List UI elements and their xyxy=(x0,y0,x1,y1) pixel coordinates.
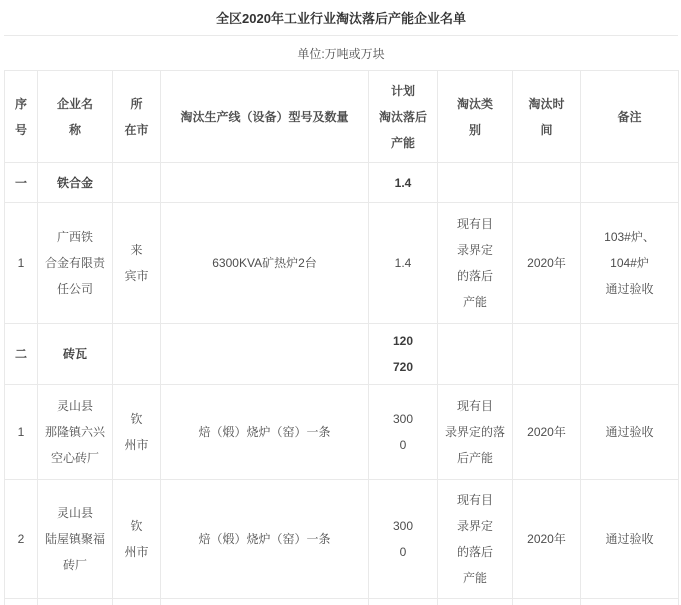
cell-planned-capacity: 1.4 xyxy=(369,163,438,203)
cell-planned-capacity: 300 0 xyxy=(369,385,438,480)
cell-empty xyxy=(438,599,513,605)
cell-seq: 1 xyxy=(5,203,38,324)
cell-equipment: 焙（煅）烧炉（窑）一条 xyxy=(161,385,369,480)
cell-equipment xyxy=(161,324,369,385)
table-row: 1 广西铁 合金有限责 任公司 来 宾市 6300KVA矿热炉2台 1.4 现有… xyxy=(5,203,679,324)
cell-empty xyxy=(161,599,369,605)
col-header-time: 淘汰时 间 xyxy=(513,71,581,163)
cell-time xyxy=(513,163,581,203)
col-header-category: 淘汰类 别 xyxy=(438,71,513,163)
cell-remark xyxy=(581,324,679,385)
cell-equipment: 6300KVA矿热炉2台 xyxy=(161,203,369,324)
table-row-section-brick: 二 砖瓦 120 720 xyxy=(5,324,679,385)
cell-category: 现有目 录界定 的落后 产能 xyxy=(438,203,513,324)
cell-remark: 103#炉、 104#炉 通过验收 xyxy=(581,203,679,324)
cell-seq: 二 xyxy=(5,324,38,385)
cell-seq: 一 xyxy=(5,163,38,203)
capacity-table-sheet: 全区2020年工业行业淘汰落后产能企业名单 单位:万吨或万块 序 号 企业名 称… xyxy=(4,0,678,605)
cell-empty xyxy=(581,599,679,605)
table-row: 1 灵山县 那隆镇六兴 空心砖厂 钦 州市 焙（煅）烧炉（窑）一条 300 0 … xyxy=(5,385,679,480)
cell-planned-capacity: 120 720 xyxy=(369,324,438,385)
cell-empty xyxy=(5,599,38,605)
cell-enterprise-name: 灵山县 那隆镇六兴 空心砖厂 xyxy=(38,385,113,480)
table-row-section-ferroalloy: 一 铁合金 1.4 xyxy=(5,163,679,203)
page: 全区2020年工业行业淘汰落后产能企业名单 单位:万吨或万块 序 号 企业名 称… xyxy=(0,0,681,605)
cell-city: 钦 州市 xyxy=(113,480,161,599)
cell-category xyxy=(438,324,513,385)
cell-empty xyxy=(113,599,161,605)
cell-category: 现有目 录界定的落 后产能 xyxy=(438,385,513,480)
col-header-seq: 序 号 xyxy=(5,71,38,163)
cell-time: 2020年 xyxy=(513,203,581,324)
cell-empty xyxy=(369,599,438,605)
cell-enterprise-name: 灵山县 陆屋镇聚福 砖厂 xyxy=(38,480,113,599)
table-row: 2 灵山县 陆屋镇聚福 砖厂 钦 州市 焙（煅）烧炉（窑）一条 300 0 现有… xyxy=(5,480,679,599)
cell-time: 2020年 xyxy=(513,385,581,480)
cell-seq: 2 xyxy=(5,480,38,599)
cell-city: 钦 州市 xyxy=(113,385,161,480)
cell-enterprise-name: 铁合金 xyxy=(38,163,113,203)
cell-remark: 通过验收 xyxy=(581,480,679,599)
cell-planned-capacity: 300 0 xyxy=(369,480,438,599)
cell-remark xyxy=(581,163,679,203)
cell-category xyxy=(438,163,513,203)
cell-city xyxy=(113,324,161,385)
cell-category: 现有目 录界定 的落后 产能 xyxy=(438,480,513,599)
unit-note: 单位:万吨或万块 xyxy=(4,36,678,70)
cell-empty xyxy=(513,599,581,605)
cell-remark: 通过验收 xyxy=(581,385,679,480)
col-header-equipment: 淘汰生产线（设备）型号及数量 xyxy=(161,71,369,163)
cell-city: 来 宾市 xyxy=(113,203,161,324)
cell-equipment xyxy=(161,163,369,203)
cell-time: 2020年 xyxy=(513,480,581,599)
cell-city xyxy=(113,163,161,203)
col-header-planned-capacity: 计划 淘汰落后 产能 xyxy=(369,71,438,163)
col-header-city: 所 在市 xyxy=(113,71,161,163)
cell-equipment: 焙（煅）烧炉（窑）一条 xyxy=(161,480,369,599)
table-header-row: 序 号 企业名 称 所 在市 淘汰生产线（设备）型号及数量 计划 淘汰落后 产能… xyxy=(5,71,679,163)
table-row-partial xyxy=(5,599,679,605)
col-header-remark: 备注 xyxy=(581,71,679,163)
cell-planned-capacity: 1.4 xyxy=(369,203,438,324)
cell-seq: 1 xyxy=(5,385,38,480)
cell-empty xyxy=(38,599,113,605)
col-header-enterprise-name: 企业名 称 xyxy=(38,71,113,163)
cell-time xyxy=(513,324,581,385)
page-title: 全区2020年工业行业淘汰落后产能企业名单 xyxy=(4,0,678,36)
cell-enterprise-name: 砖瓦 xyxy=(38,324,113,385)
cell-enterprise-name: 广西铁 合金有限责 任公司 xyxy=(38,203,113,324)
capacity-table: 序 号 企业名 称 所 在市 淘汰生产线（设备）型号及数量 计划 淘汰落后 产能… xyxy=(4,70,679,605)
